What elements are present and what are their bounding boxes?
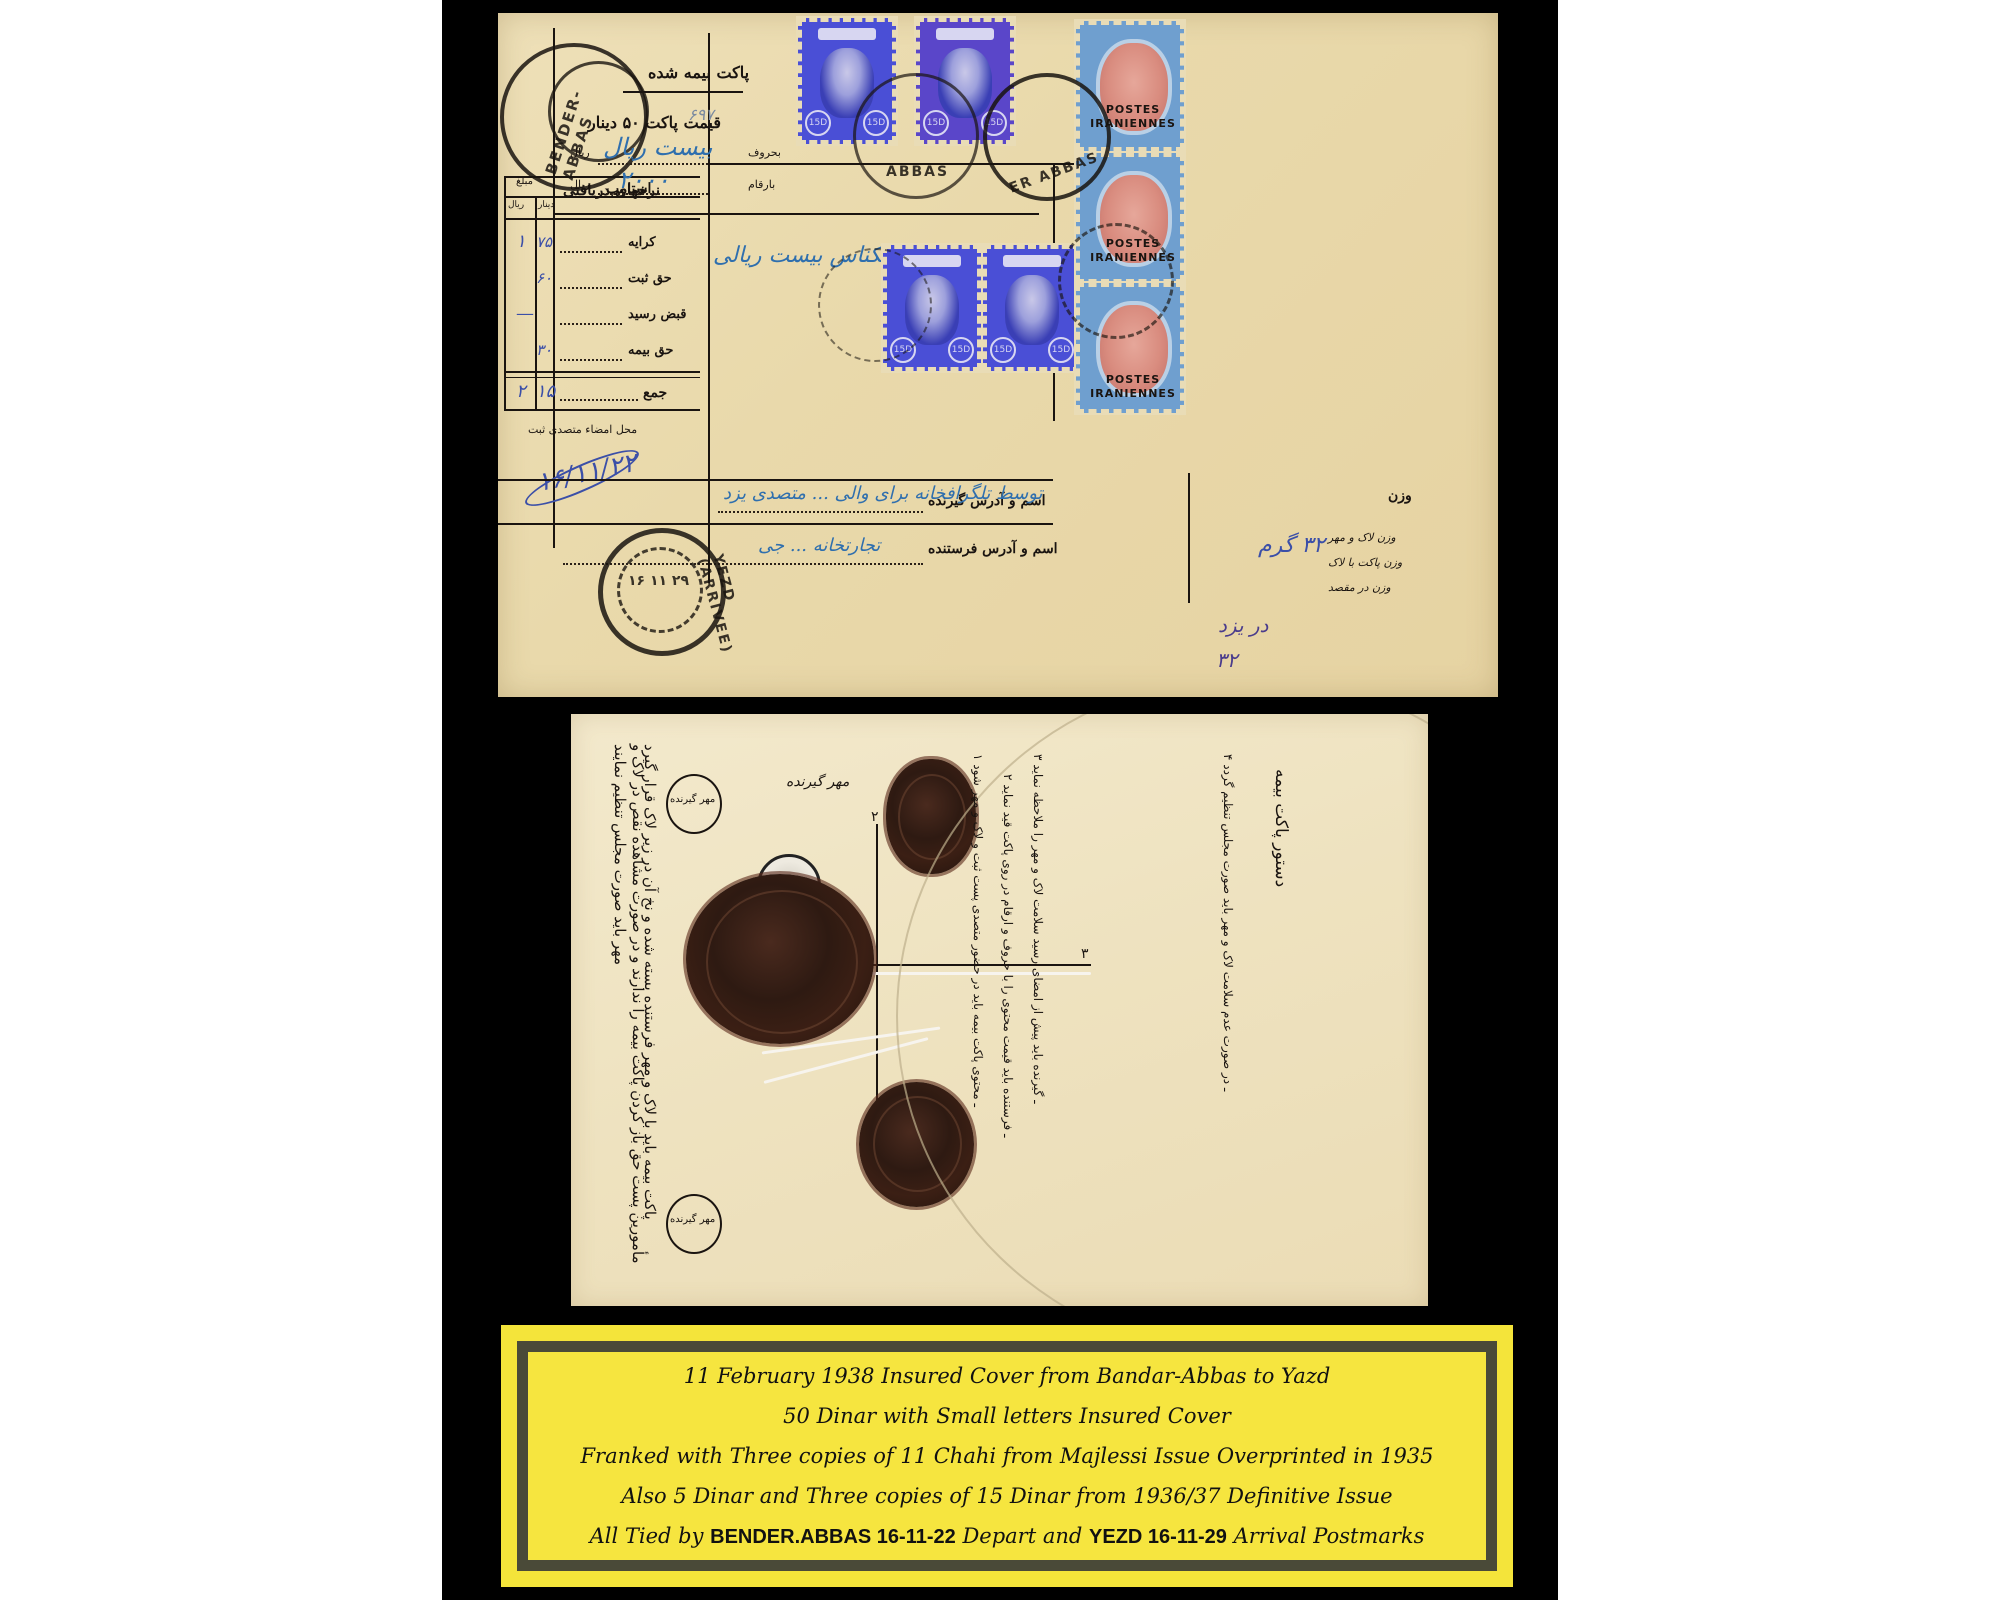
caption-line-5: All Tied by BENDER.ABBAS 16-11-22 Depart… bbox=[590, 1516, 1425, 1557]
weight-value: ۳۲ گرم bbox=[1258, 533, 1325, 558]
dotted-line bbox=[598, 163, 708, 165]
wax-seal-center bbox=[686, 874, 874, 1044]
form-rule bbox=[498, 479, 1053, 481]
form-title: پاکت بیمه شده bbox=[648, 63, 749, 82]
fee-table-border bbox=[535, 196, 537, 411]
caption-arrival-label: Arrival Postmarks bbox=[1234, 1524, 1425, 1548]
form-rule bbox=[1188, 473, 1190, 603]
dotted-line bbox=[560, 359, 622, 361]
cover-front: نرخهای دریافتی مبلغ ریال دینار کرایه۱۷۵ح… bbox=[498, 13, 1498, 697]
destination-note: در یزد bbox=[1218, 613, 1268, 637]
form-rule bbox=[554, 213, 1039, 215]
caption-line-4: Also 5 Dinar and Three copies of 15 Dina… bbox=[621, 1476, 1392, 1516]
handwritten-amount-numbers: ۲۰۰۰ bbox=[618, 166, 670, 194]
sender-value: تجارتخانه ... جی bbox=[758, 535, 880, 556]
postmark-yezd-arrival: YEZD (ARRIVEE) ۱۶ ۱۱ ۲۹ bbox=[598, 528, 726, 656]
fee-table-border bbox=[504, 218, 700, 220]
amount-letters-label: بحروف bbox=[748, 146, 781, 159]
postmark-tie bbox=[1058, 223, 1174, 339]
fee-row-label: حق بیمه bbox=[628, 343, 673, 358]
amount-numbers-label: بارقام bbox=[748, 178, 775, 191]
caption-depart-and: Depart and bbox=[962, 1524, 1082, 1548]
fee-row-dinar: ۶۰ bbox=[536, 269, 552, 287]
fee-row-label: قبض رسید bbox=[628, 307, 687, 322]
receiver-seal-circle-top: مهر گیرنده bbox=[666, 774, 722, 834]
dotted-line bbox=[560, 251, 622, 253]
caption-arrival-postmark: YEZD 16-11-29 bbox=[1089, 1526, 1227, 1548]
fee-table-amount-header: مبلغ bbox=[516, 176, 533, 187]
caption-tied-by: All Tied by bbox=[590, 1524, 704, 1548]
caption-depart-postmark: BENDER.ABBAS 16-11-22 bbox=[710, 1526, 956, 1548]
weight-row-label: وزن پاکت با لاک bbox=[1328, 556, 1402, 569]
back-top-note: مهر گیرنده bbox=[786, 774, 849, 790]
back-left-text-2: پاکت بیمه باید با لاک و مهر فرستنده بسته… bbox=[641, 744, 659, 1264]
caption-line-3: Franked with Three copies of 11 Chahi fr… bbox=[580, 1436, 1433, 1476]
fee-row-label: حق ثبت bbox=[628, 271, 672, 286]
receiver-seal-circle-bottom: مهر گیرنده bbox=[666, 1194, 722, 1254]
caption-line-2: 50 Dinar with Small letters Insured Cove… bbox=[783, 1396, 1231, 1436]
fee-row-rial: ۱ bbox=[516, 231, 526, 252]
fee-row-dinar: ۷۵ bbox=[536, 233, 552, 251]
fee-row-rial: — bbox=[516, 303, 534, 324]
cross-mark-2: ۲ bbox=[871, 809, 879, 825]
sender-label: اسم و آدرس فرستنده bbox=[928, 541, 1058, 557]
fee-table-border bbox=[504, 377, 700, 378]
handwritten-amount-letters: بیست ریال bbox=[603, 133, 713, 161]
recipient-value: توسط تلگرافخانه برای والی ... متصدی یزد bbox=[723, 483, 1043, 504]
cover-back: مأمورین پست حق باز کردن پاکت بیمه را ندا… bbox=[571, 714, 1428, 1306]
dotted-line bbox=[560, 323, 622, 325]
fee-total-dinar: ۱۵ bbox=[536, 381, 555, 402]
form-title-underline bbox=[623, 91, 743, 93]
fee-col-rial: ریال bbox=[508, 200, 524, 210]
postmark-bender-abbas-right: ER ABBAS bbox=[983, 73, 1111, 201]
back-right-heading: دستور پاکت بیمه bbox=[1271, 769, 1291, 887]
fee-row-label: کرایه bbox=[628, 235, 656, 250]
fee-total-rial: ۲ bbox=[516, 381, 526, 402]
exhibit-caption: 11 February 1938 Insured Cover from Band… bbox=[501, 1325, 1513, 1587]
rial-label: ریال bbox=[570, 146, 590, 159]
postmark-abbas: ABBAS bbox=[853, 73, 979, 199]
rial-label-2: ریال bbox=[570, 178, 590, 191]
back-right-text-2: ۲ ـ فرستنده باید قیمت محتوی را با حروف و… bbox=[1001, 774, 1015, 1234]
postmark-faint bbox=[818, 248, 932, 362]
caption-frame: 11 February 1938 Insured Cover from Band… bbox=[517, 1341, 1497, 1571]
fee-table-border bbox=[504, 371, 700, 373]
destination-weight: ۳۲ bbox=[1216, 648, 1237, 672]
fee-col-dinar: دینار bbox=[538, 200, 554, 210]
fee-row-dinar: ۳۰ bbox=[536, 341, 552, 359]
fee-table-border bbox=[504, 409, 700, 411]
caption-line-1: 11 February 1938 Insured Cover from Band… bbox=[684, 1356, 1331, 1396]
dotted-line bbox=[560, 399, 638, 401]
dotted-line bbox=[718, 511, 923, 513]
fee-total-label: جمع bbox=[643, 385, 667, 401]
clerk-signature-label: محل امضاء متصدی ثبت bbox=[528, 423, 637, 436]
back-right-text-4: ۴ ـ در صورت عدم سلامت لاک و مهر باید صور… bbox=[1221, 754, 1235, 1234]
tracking-number: ۶۹۷ bbox=[688, 105, 714, 124]
back-right-text-1: ۱ ـ محتوی پاکت بیمه باید در حضور متصدی پ… bbox=[971, 754, 985, 1234]
back-right-text-3: ۳ ـ گیرنده باید پیش از امضای رسید سلامت … bbox=[1031, 754, 1045, 1234]
form-rule bbox=[498, 523, 1053, 525]
fee-table-border bbox=[553, 176, 555, 411]
weight-label: وزن bbox=[1388, 488, 1412, 504]
weight-row-label: وزن در مقصد bbox=[1328, 581, 1391, 594]
dotted-line bbox=[560, 287, 622, 289]
weight-row-label: وزن لاک و مهر bbox=[1328, 531, 1396, 544]
fee-table-border bbox=[504, 176, 506, 411]
